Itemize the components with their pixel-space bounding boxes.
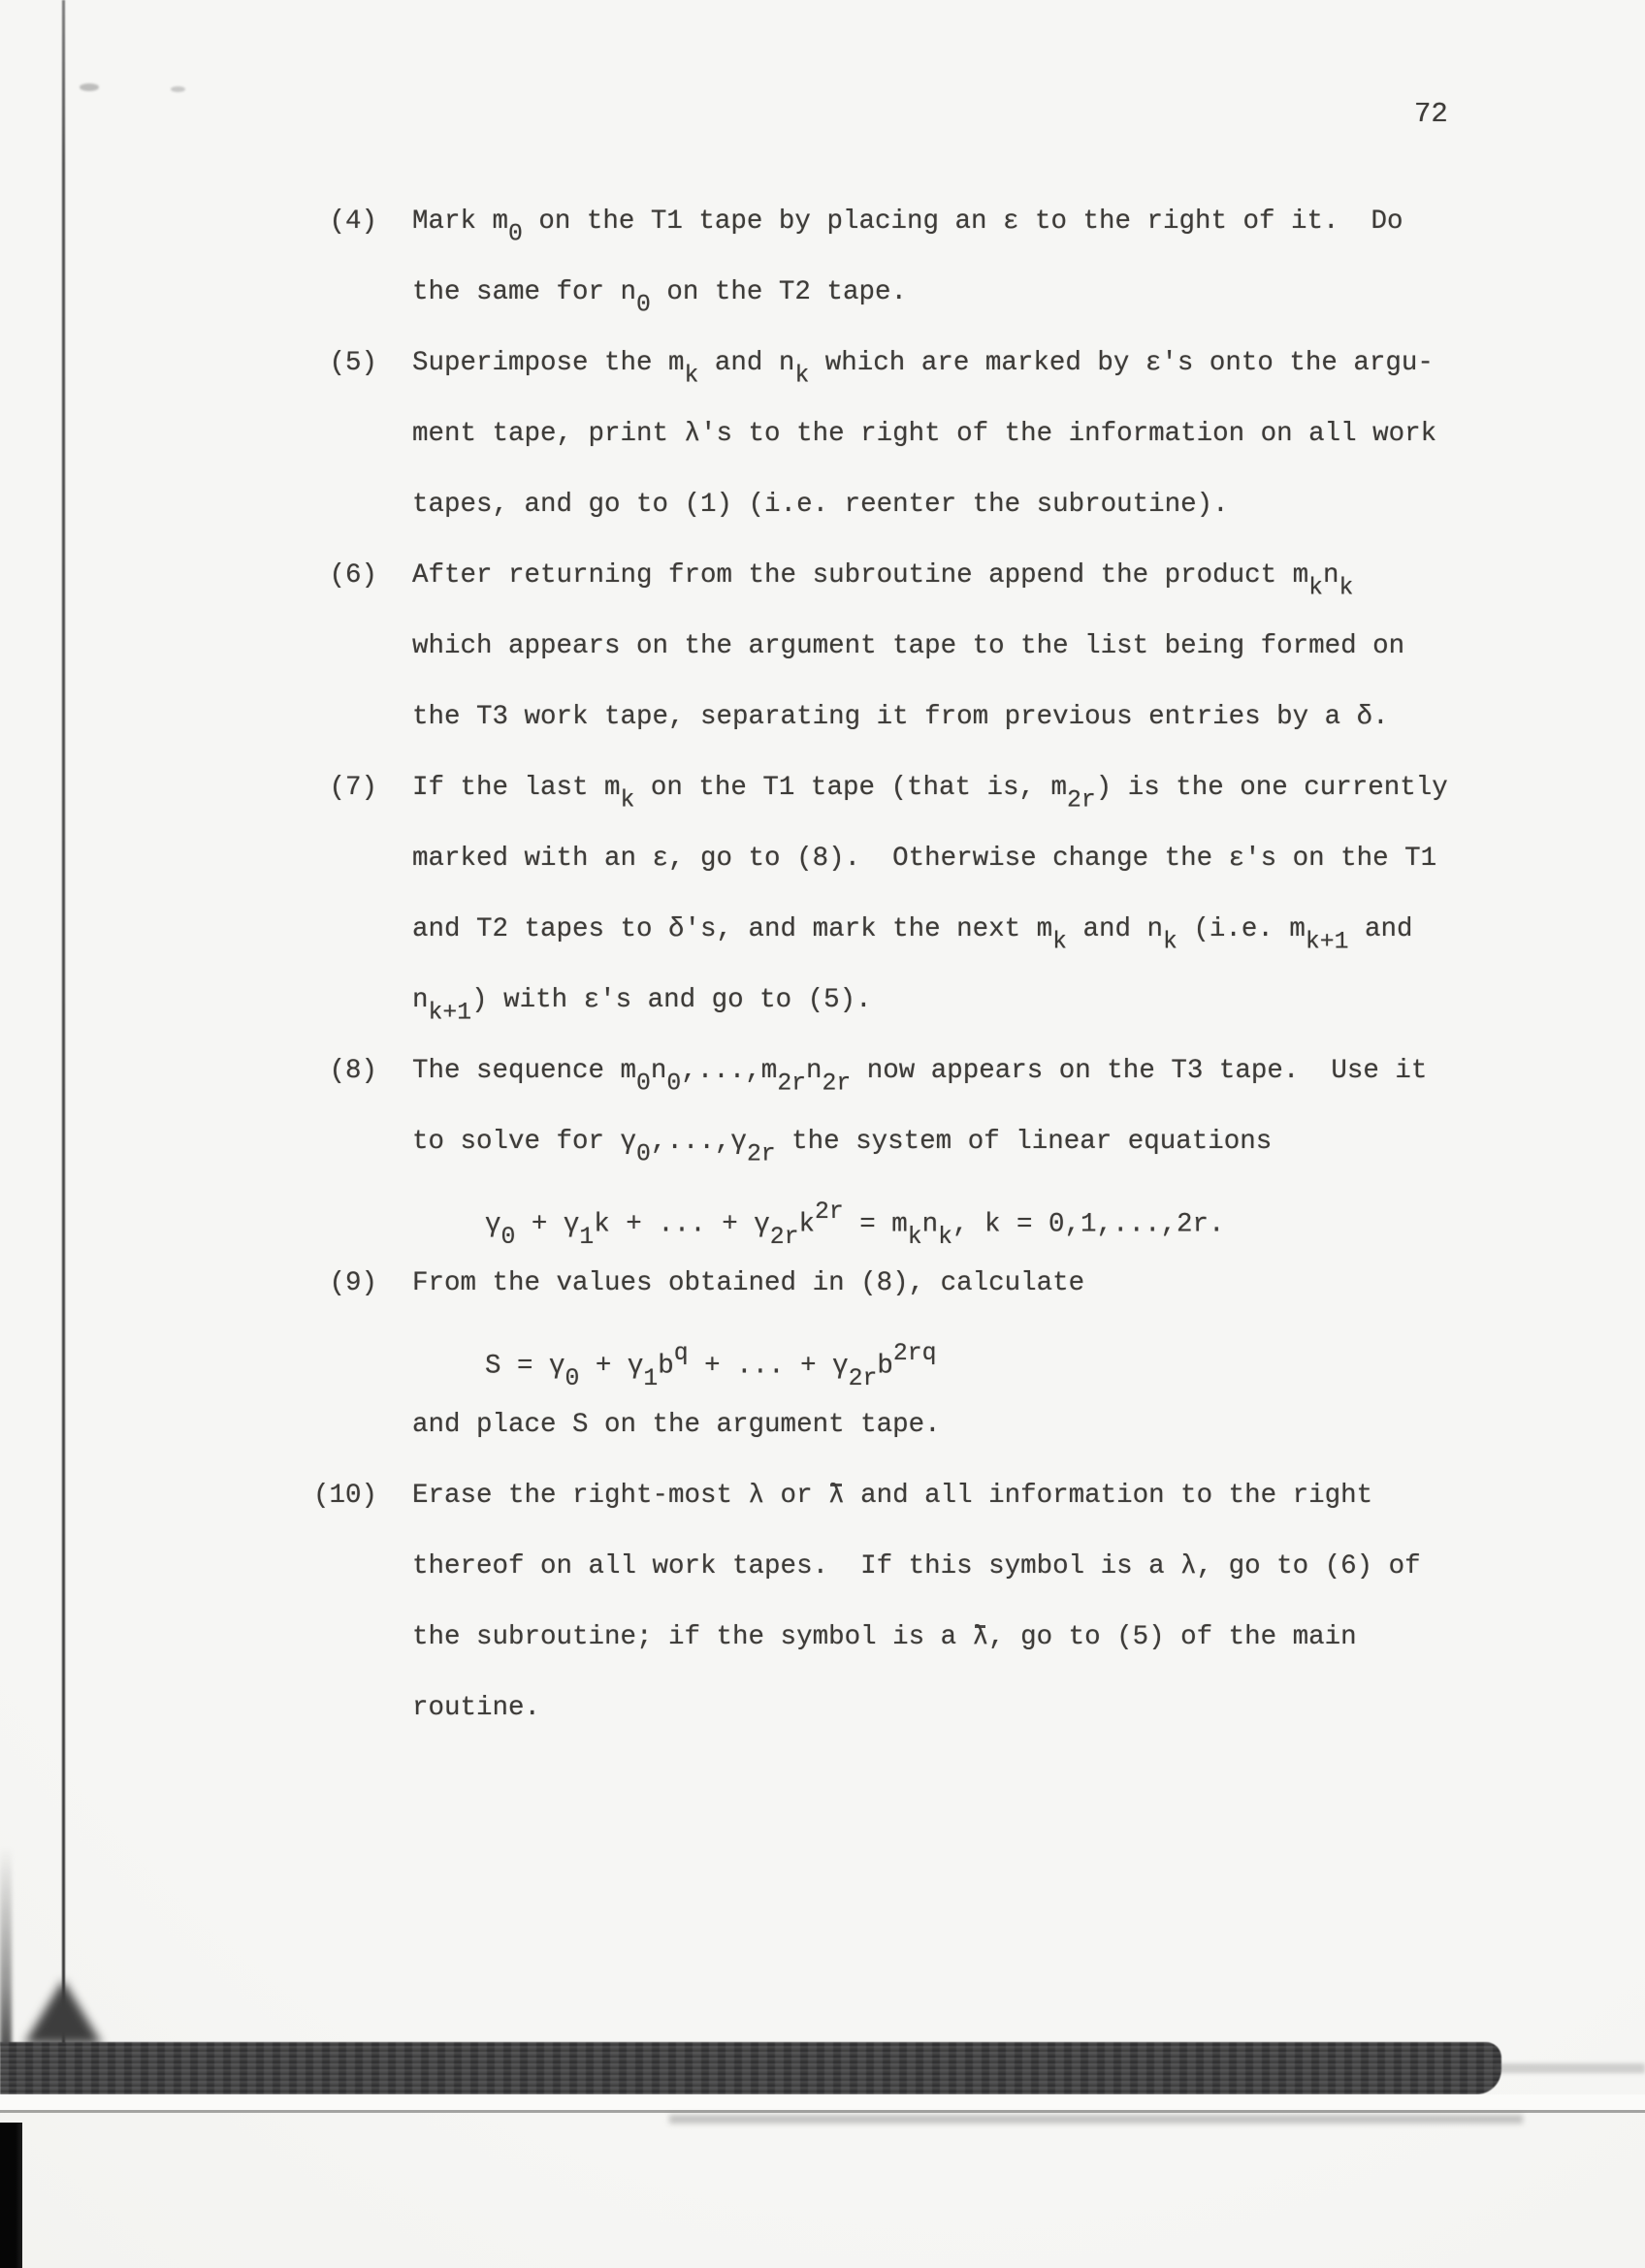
scan-vertical-line-artifact	[62, 0, 65, 2044]
numbered-item-7: (7)If the last mk on the T1 tape (that i…	[412, 752, 1448, 1036]
text-line: If the last mk on the T1 tape (that is, …	[412, 752, 1448, 823]
text-line: and T2 tapes to δ's, and mark the next m…	[412, 894, 1448, 965]
scan-black-corner-bar	[0, 2123, 22, 2268]
scan-page-edge-gap	[0, 2094, 1645, 2110]
text-line: Superimpose the mk and nk which are mark…	[412, 328, 1448, 399]
item-number: (8)	[313, 1036, 377, 1106]
document-body: (4)Mark m0 on the T1 tape by placing an …	[412, 186, 1448, 1743]
subscript: 2r	[770, 1224, 799, 1251]
text-line: Mark m0 on the T1 tape by placing an ε t…	[412, 186, 1448, 257]
text-line: nk+1) with ε's and go to (5).	[412, 965, 1448, 1036]
scan-dark-band-artifact	[0, 2042, 1501, 2094]
text-line: to solve for γ0,...,γ2r the system of li…	[412, 1106, 1448, 1177]
item-number: (6)	[313, 540, 377, 611]
text-line: and place S on the argument tape.	[412, 1390, 1448, 1460]
text-line: ment tape, print λ's to the right of the…	[412, 399, 1448, 469]
numbered-item-5: (5)Superimpose the mk and nk which are m…	[412, 328, 1448, 540]
subscript: k	[1339, 574, 1354, 601]
text-line: The sequence m0n0,...,m2rn2r now appears…	[412, 1036, 1448, 1106]
numbered-item-10: (10)Erase the right-most λ or λ and all …	[412, 1460, 1448, 1743]
scan-line-flare-artifact	[24, 1980, 102, 2044]
equation-line: S = γ0 + γ1bq + ... + γ2rb2rq	[412, 1319, 1448, 1390]
item-number: (7)	[313, 752, 377, 823]
subscript: k+1	[429, 999, 472, 1026]
scanned-page: 72 (4)Mark m0 on the T1 tape by placing …	[0, 0, 1645, 2268]
subscript: 0	[565, 1365, 580, 1392]
scan-shadow-artifact	[669, 2115, 1523, 2124]
overline-symbol: λ	[973, 1622, 989, 1652]
text-line: Erase the right-most λ or λ and all info…	[412, 1460, 1448, 1531]
item-number: (5)	[313, 328, 377, 399]
subscript: 2r	[822, 1070, 852, 1097]
subscript: 0	[508, 220, 523, 247]
superscript: 2rq	[893, 1340, 937, 1367]
superscript: 2r	[815, 1198, 844, 1226]
text-line: After returning from the subroutine appe…	[412, 540, 1448, 611]
subscript: 2r	[777, 1070, 806, 1097]
scan-dark-band-extension	[1494, 2063, 1645, 2073]
subscript: k	[908, 1224, 922, 1251]
numbered-item-8: (8)The sequence m0n0,...,m2rn2r now appe…	[412, 1036, 1448, 1248]
subscript: k	[1163, 928, 1177, 955]
text-line: the subroutine; if the symbol is a λ, go…	[412, 1602, 1448, 1673]
subscript: 0	[636, 1140, 651, 1167]
text-line: the T3 work tape, separating it from pre…	[412, 682, 1448, 752]
text-line: tapes, and go to (1) (i.e. reenter the s…	[412, 469, 1448, 540]
subscript: k+1	[1306, 928, 1349, 955]
text-line: routine.	[412, 1673, 1448, 1743]
scan-smudge	[80, 83, 99, 91]
subscript: 2r	[1067, 786, 1096, 814]
scan-horizontal-line-artifact	[0, 2110, 1645, 2113]
text-line: From the values obtained in (8), calcula…	[412, 1248, 1448, 1319]
subscript: 0	[501, 1224, 516, 1251]
subscript: 1	[579, 1224, 594, 1251]
equation-line: γ0 + γ1k + ... + γ2rk2r = mknk, k = 0,1,…	[412, 1177, 1448, 1248]
numbered-item-9: (9)From the values obtained in (8), calc…	[412, 1248, 1448, 1460]
numbered-item-4: (4)Mark m0 on the T1 tape by placing an …	[412, 186, 1448, 328]
item-number: (10)	[313, 1460, 377, 1531]
page-number: 72	[1414, 98, 1448, 130]
subscript: 0	[636, 1070, 651, 1097]
text-line: which appears on the argument tape to th…	[412, 611, 1448, 682]
scan-smudge	[171, 86, 185, 92]
text-line: thereof on all work tapes. If this symbo…	[412, 1531, 1448, 1602]
subscript: k	[621, 786, 635, 814]
item-number: (4)	[313, 186, 377, 257]
superscript: q	[674, 1340, 689, 1367]
item-number: (9)	[313, 1248, 377, 1319]
scan-left-edge-smear	[0, 1847, 12, 2046]
subscript: 0	[636, 291, 651, 318]
numbered-item-6: (6)After returning from the subroutine a…	[412, 540, 1448, 752]
subscript: k	[1308, 574, 1323, 601]
subscript: k	[685, 362, 699, 389]
subscript: k	[1052, 928, 1067, 955]
subscript: 2r	[849, 1365, 878, 1392]
subscript: 1	[643, 1365, 658, 1392]
text-line: marked with an ε, go to (8). Otherwise c…	[412, 823, 1448, 894]
subscript: 2r	[747, 1140, 776, 1167]
subscript: k	[794, 362, 809, 389]
overline-symbol: λ	[828, 1481, 845, 1511]
text-line: the same for n0 on the T2 tape.	[412, 257, 1448, 328]
subscript: k	[938, 1224, 952, 1251]
subscript: 0	[666, 1070, 681, 1097]
